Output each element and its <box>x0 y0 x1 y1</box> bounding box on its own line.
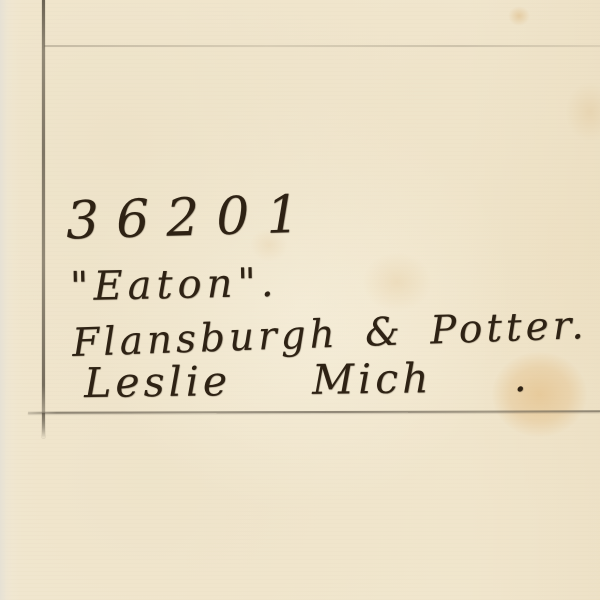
pencil-bottom-rule <box>28 410 600 414</box>
paper-left-edge <box>0 0 22 600</box>
paper-stain <box>362 252 432 312</box>
pencil-top-rule <box>44 45 600 47</box>
paper-stain <box>565 82 600 142</box>
pencil-vertical-rule-tail <box>42 413 45 439</box>
photograph-of-handwritten-label: 36201 "Eaton". Flansburgh & Potter. Lesl… <box>0 0 600 600</box>
handwritten-title-eaton: "Eaton". <box>70 260 279 310</box>
paper-stain <box>508 6 530 26</box>
handwritten-catalog-number: 36201 <box>65 185 317 252</box>
handwritten-location: Leslie Mich . <box>84 353 531 407</box>
pencil-vertical-rule <box>42 0 45 438</box>
